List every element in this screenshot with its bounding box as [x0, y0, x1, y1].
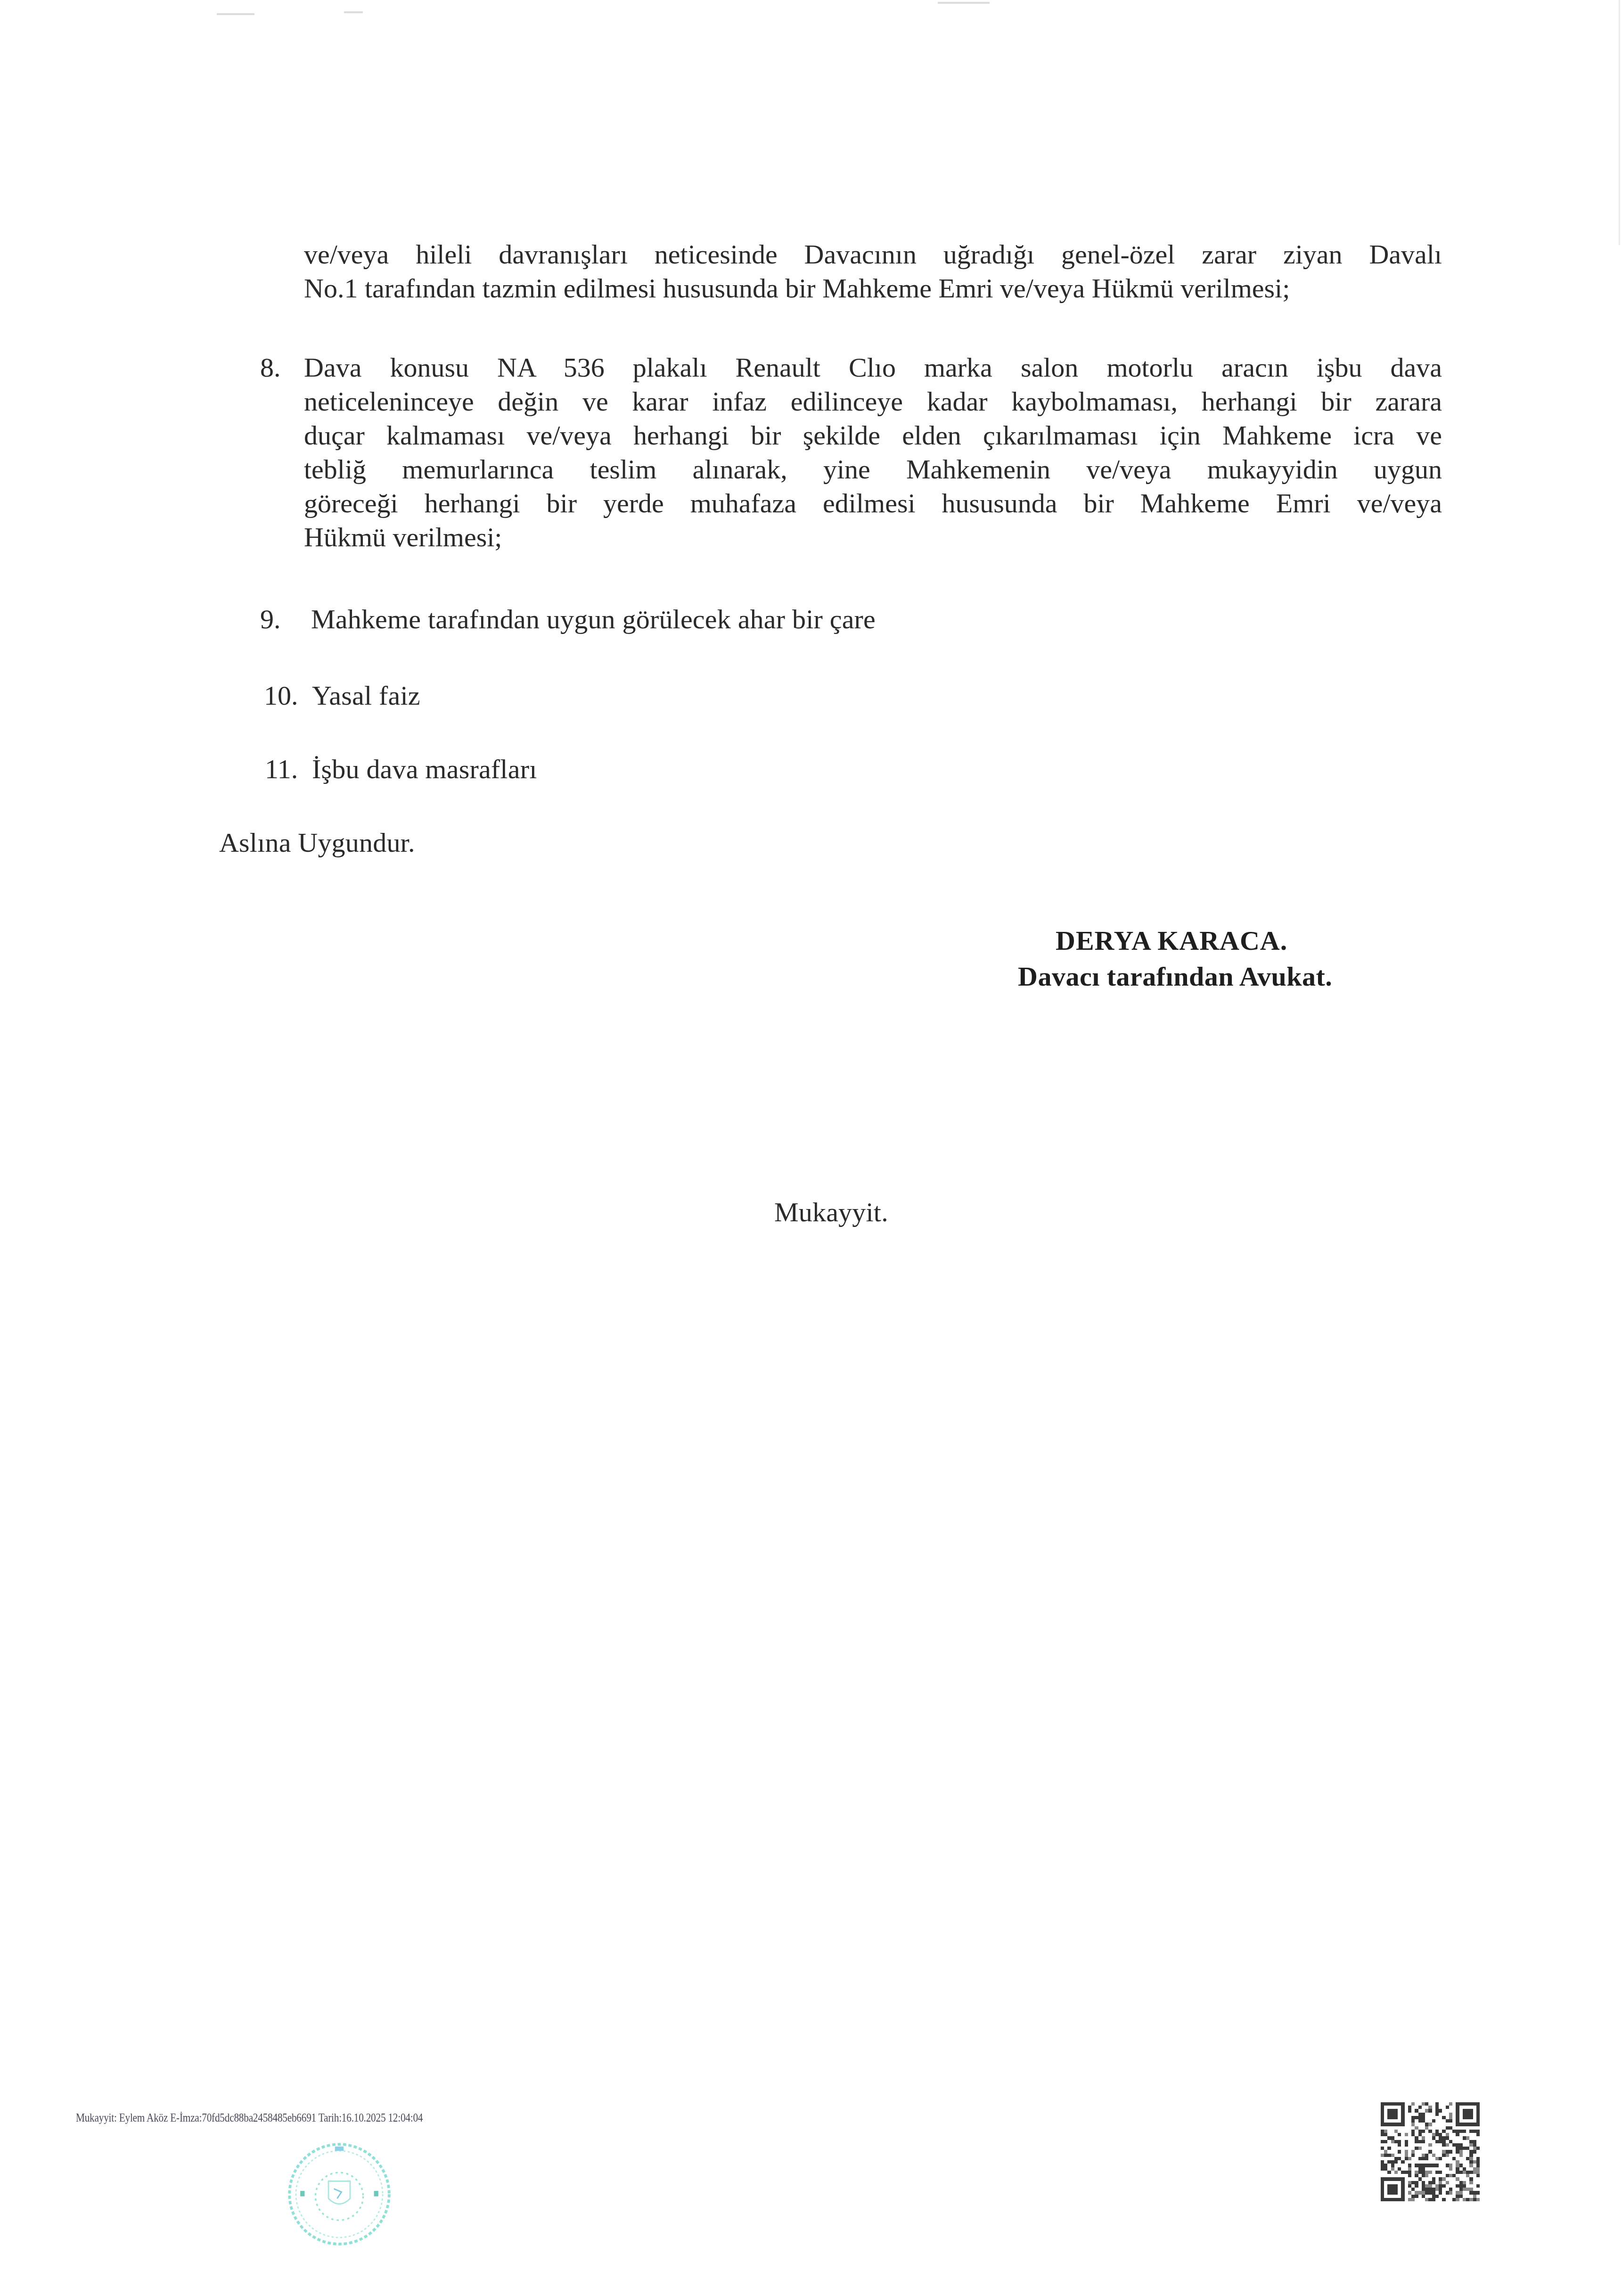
list-item-number: 10. — [264, 679, 298, 713]
court-seal-icon — [285, 2140, 393, 2248]
list-item-8: Dava konusu NA 536 plakalı Renault Clıo … — [304, 351, 1442, 554]
paragraph-line: ve/veya hileli davranışları neticesinde … — [304, 238, 1442, 272]
list-item-line: neticeleninceye değin ve karar infaz edi… — [304, 385, 1442, 419]
signatory-name: DERYA KARACA. — [1056, 924, 1287, 958]
qr-code-icon — [1381, 2102, 1480, 2201]
list-item-line: duçar kalmaması ve/veya herhangi bir şek… — [304, 419, 1442, 453]
scan-artifact — [938, 2, 990, 4]
continuation-paragraph: ve/veya hileli davranışları neticesinde … — [304, 238, 1442, 305]
list-item-11: İşbu dava masrafları — [312, 752, 537, 786]
list-item-9: Mahkeme tarafından uygun görülecek ahar … — [311, 602, 876, 636]
scan-edge — [1619, 0, 1620, 245]
list-item-line: Dava konusu NA 536 plakalı Renault Clıo … — [304, 351, 1442, 385]
list-item-line: göreceği herhangi bir yerde muhafaza edi… — [304, 486, 1442, 520]
list-item-line: Hükmü verilmesi; — [304, 520, 1442, 554]
certification-text: Aslına Uygundur. — [219, 826, 415, 860]
list-item-number: 11. — [265, 752, 298, 786]
scan-artifact — [344, 11, 363, 13]
list-item-line: tebliğ memurlarınca teslim alınarak, yin… — [304, 453, 1442, 486]
list-item-number: 8. — [260, 351, 281, 385]
paragraph-line: No.1 tarafından tazmin edilmesi hususund… — [304, 272, 1442, 305]
list-item-number: 9. — [260, 602, 281, 636]
signatory-title: Davacı tarafından Avukat. — [1018, 960, 1332, 994]
list-item-10: Yasal faiz — [312, 679, 420, 713]
scan-artifact — [217, 13, 254, 15]
registrar-label: Mukayyit. — [774, 1195, 888, 1229]
e-signature-line: Mukayyit: Eylem Aköz E-İmza:70fd5dc88ba2… — [76, 2111, 423, 2125]
